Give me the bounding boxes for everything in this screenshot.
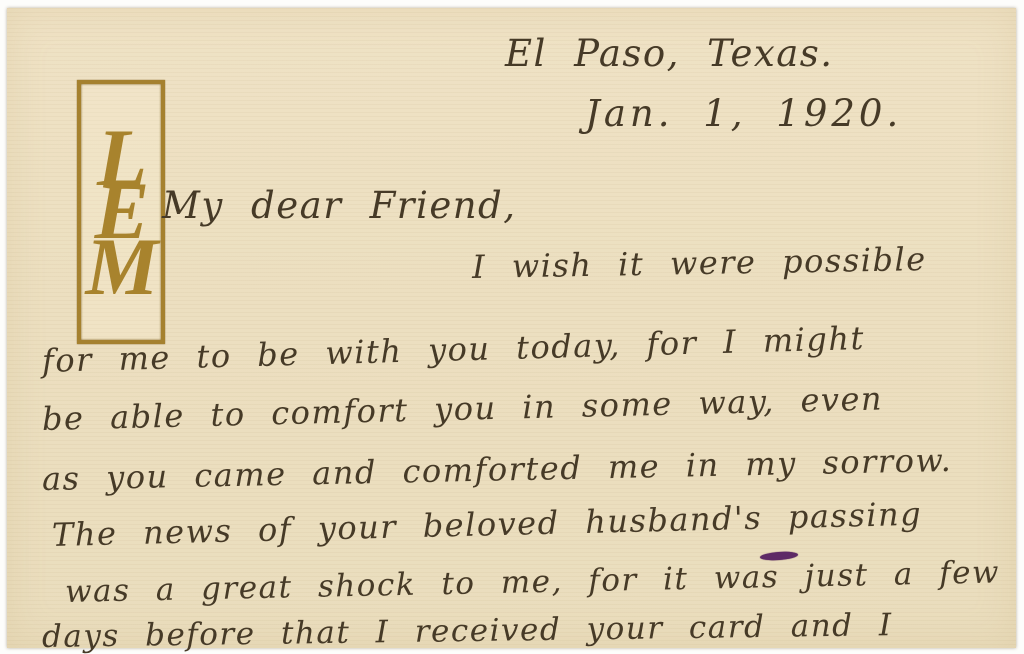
handwriting-line: was a great shock to me, for it was just… (65, 554, 1002, 610)
handwriting-line: I wish it were possible (472, 238, 1021, 286)
place-line: El Paso, Texas. (505, 32, 834, 75)
letter-card: L E M El Paso, Texas. Jan. 1, 1920. My d… (7, 8, 1016, 648)
handwriting-line: as you came and comforted me in my sorro… (42, 441, 969, 498)
handwriting-line: for me to be with you today, for I might (41, 315, 1008, 380)
handwriting-line: The news of your beloved husband's passi… (52, 494, 959, 554)
handwriting-line: days before that I received your card an… (42, 606, 968, 654)
date-line: Jan. 1, 1920. (585, 92, 902, 135)
handwriting-line: be able to comfort you in some way, even (42, 376, 1009, 438)
monogram-frame: L E M (77, 80, 165, 344)
monogram-letter: M (86, 237, 157, 296)
salutation-line: My dear Friend, (162, 184, 517, 227)
